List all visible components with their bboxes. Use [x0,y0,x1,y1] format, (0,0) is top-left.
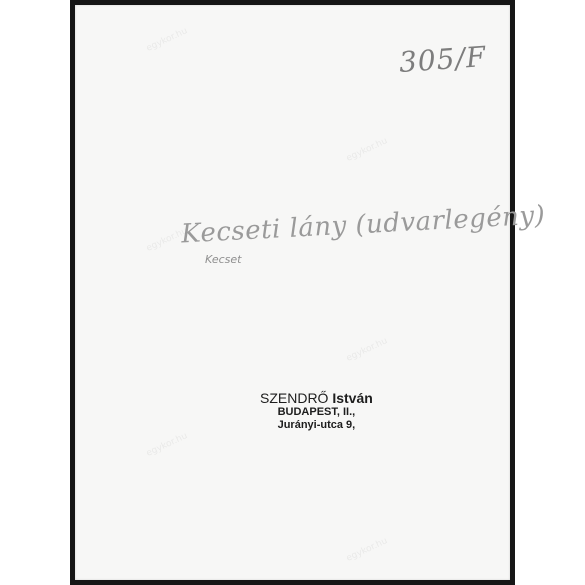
handwritten-note: Kecset [205,253,241,266]
handwritten-title: Kecseti lány (udvarlegény) [180,200,545,249]
photo-frame: egykor.hu egykor.hu egykor.hu egykor.hu … [70,0,515,585]
stamp-city: BUDAPEST, II., [260,406,373,419]
watermark: egykor.hu [345,336,389,364]
watermark: egykor.hu [345,536,389,564]
catalog-number: 305/F [398,40,487,79]
photographer-stamp: SZENDRŐ István BUDAPEST, II., Jurányi-ut… [260,390,373,431]
stamp-surname: SZENDRŐ [260,390,328,406]
watermark: egykor.hu [345,136,389,164]
stamp-given-name: István [332,390,372,406]
photo-back-paper: egykor.hu egykor.hu egykor.hu egykor.hu … [75,5,510,580]
stamp-name: SZENDRŐ István [260,390,373,406]
watermark: egykor.hu [145,431,189,459]
watermark: egykor.hu [145,26,189,54]
stamp-street: Jurányi-utca 9, [260,419,373,432]
